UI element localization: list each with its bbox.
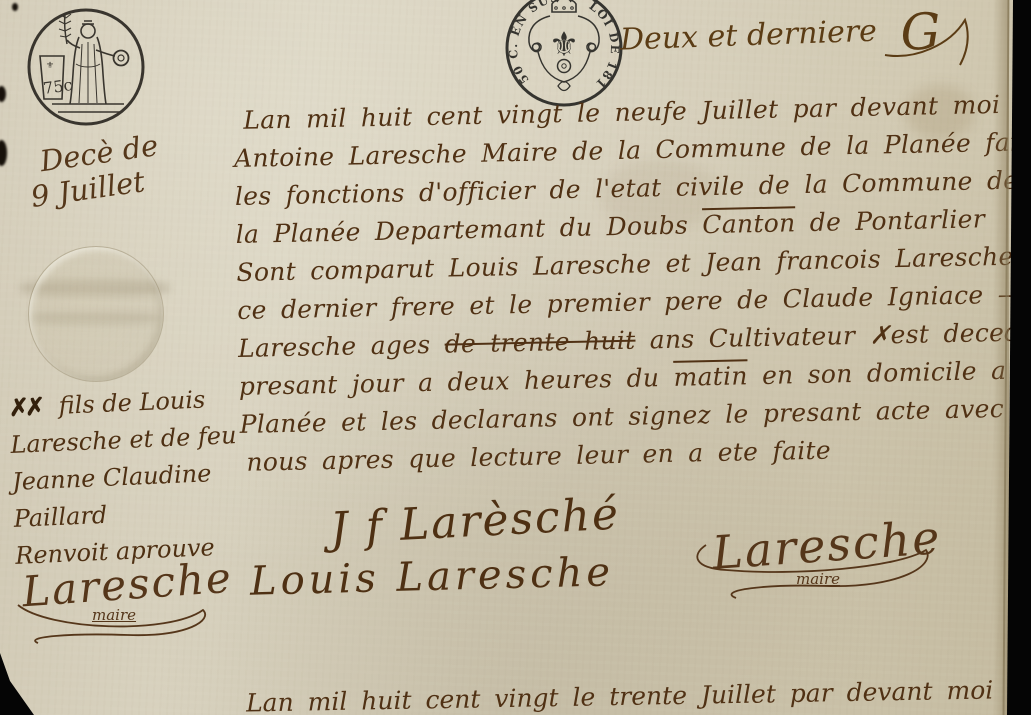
act-line-segment: de Pontarlier (795, 204, 985, 237)
filiation-line: fils de Louis (58, 385, 206, 419)
bottom-ornament (558, 82, 570, 91)
marked-word: matin (673, 361, 748, 392)
signature-louis-laresche: Louis Laresche (249, 549, 614, 605)
struck-words: de trente huit (444, 326, 635, 359)
renvoi-mark: ✗✗ (8, 392, 41, 422)
pedestal-fleur-glyph: ⚜ (46, 61, 54, 71)
embossed-blind-stamp (28, 246, 164, 382)
next-act-first-line: Lan mil huit cent vingt le trente Juille… (246, 675, 994, 715)
mayor-signature-flourish (686, 520, 946, 600)
inserted-word: Canton (702, 208, 796, 239)
binding-ink-mark (0, 140, 7, 166)
header-paraph-flourish (880, 10, 980, 70)
revenue-stamp-75c: ⚜ 75c (24, 4, 150, 130)
act-body: Lan mil huit cent vingt le neufe Juillet… (233, 88, 1031, 486)
binding-ink-mark (12, 3, 18, 11)
signature-jf-laresche: J f Larèsché (329, 488, 621, 554)
act-line-segment: en son domicile a la (747, 355, 1031, 390)
scanned-register-page: ⚜ 75c 50 C. EN SUS LOI DE 1816 (0, 0, 1031, 715)
margin-filiation-note: ✗✗ fils de Louis Laresche et de feu Jean… (8, 379, 242, 575)
margin-death-note: Decè de 9 Juillet (38, 128, 165, 212)
header-note-text: Deux et derniere (619, 14, 877, 58)
stamp-value-label: 75c (42, 75, 74, 98)
scanner-background-corner (0, 653, 34, 715)
binding-ink-mark (0, 86, 6, 102)
margin-signature-flourish (8, 575, 218, 645)
act-line-segment: Laresche ages (238, 330, 445, 363)
